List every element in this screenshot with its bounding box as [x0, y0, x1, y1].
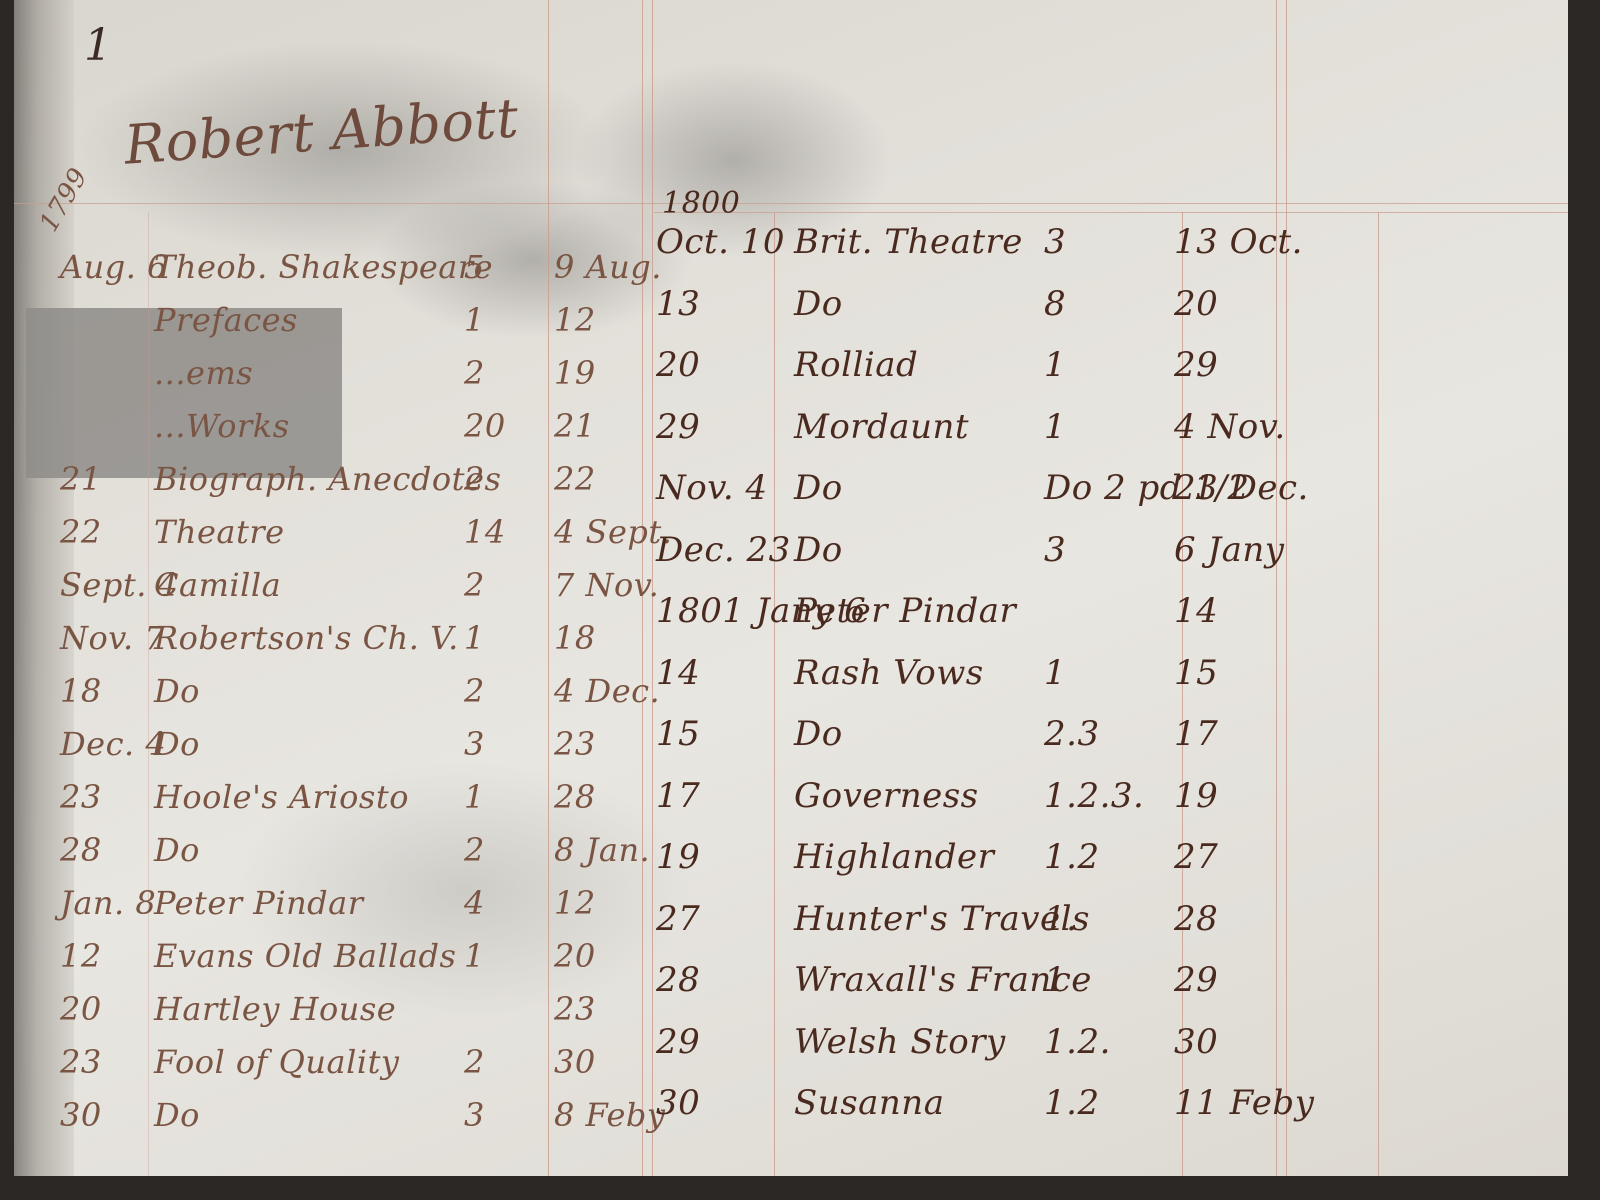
entry-volumes: 2 — [464, 566, 485, 604]
entry-volumes: 1.2 — [1044, 1083, 1100, 1123]
entry-returned-date: 20 — [1174, 284, 1218, 324]
entry-volumes: 1 — [1044, 960, 1066, 1000]
column-rule — [1276, 0, 1277, 1176]
entry-date: Jan. 8 — [60, 884, 156, 922]
entry-title: Robertson's Ch. V. — [154, 619, 459, 657]
column-rule — [774, 212, 775, 1176]
column-rule — [1378, 212, 1379, 1176]
entry-title: Do — [794, 714, 843, 754]
entry-volumes: 20 — [464, 407, 506, 445]
right-year-label: 1800 — [662, 186, 740, 221]
entry-returned-date: 7 Nov. — [554, 566, 659, 604]
entry-date: 18 — [60, 672, 102, 710]
entry-volumes: 3 — [1044, 222, 1066, 262]
entry-volumes: 2 — [464, 354, 485, 392]
entry-title: Rolliad — [794, 345, 918, 385]
entry-returned-date: 29 — [1174, 960, 1218, 1000]
entry-title: Do — [154, 725, 200, 763]
entry-date: 28 — [60, 831, 102, 869]
entry-date: Nov. 7 — [60, 619, 165, 657]
entry-title: Highlander — [794, 837, 994, 877]
entry-date: 17 — [656, 776, 700, 816]
entry-volumes: 2 — [464, 1043, 485, 1081]
entry-volumes: 1. — [1044, 899, 1077, 939]
entry-date: 15 — [656, 714, 700, 754]
ledger-page: 1 Robert Abbott 1799 Aug. 6Theob. Shakes… — [14, 0, 1568, 1176]
entry-returned-date: 4 Dec. — [554, 672, 660, 710]
entry-title: Mordaunt — [794, 407, 969, 447]
entry-returned-date: 28 — [554, 778, 596, 816]
entry-title: Hoole's Ariosto — [154, 778, 409, 816]
entry-volumes: 1.2.3. — [1044, 776, 1144, 816]
entry-volumes: 3 — [464, 725, 485, 763]
entry-returned-date: 23 — [554, 725, 596, 763]
folio-number: 1 — [84, 20, 113, 71]
entry-title: Hartley House — [154, 990, 396, 1028]
entry-returned-date: 4 Sept. — [554, 513, 672, 551]
entry-date: 23 — [60, 1043, 102, 1081]
entry-returned-date: 27 — [1174, 837, 1218, 877]
entry-returned-date: 20 — [554, 937, 596, 975]
entry-returned-date: 23 — [554, 990, 596, 1028]
entry-date: 14 — [656, 653, 700, 693]
entry-date: Aug. 6 — [60, 248, 168, 286]
entry-returned-date: 19 — [554, 354, 596, 392]
entry-date: 21 — [60, 460, 102, 498]
entry-returned-date: 29 — [1174, 345, 1218, 385]
entry-returned-date: 19 — [1174, 776, 1218, 816]
entry-volumes: 2.3 — [1044, 714, 1100, 754]
entry-volumes: 1.2. — [1044, 1022, 1111, 1062]
column-rule — [1286, 0, 1287, 1176]
entry-returned-date: 23 Dec. — [1174, 468, 1309, 508]
entry-title: Evans Old Ballads — [154, 937, 456, 975]
entry-date: 23 — [60, 778, 102, 816]
entry-title: Welsh Story — [794, 1022, 1006, 1062]
entry-date: Oct. 10 — [656, 222, 785, 262]
entry-volumes: 2 — [464, 831, 485, 869]
entry-date: 27 — [656, 899, 700, 939]
entry-returned-date: 8 Jan. — [554, 831, 650, 869]
entry-returned-date: 9 Aug. — [554, 248, 662, 286]
entry-date: 30 — [656, 1083, 700, 1123]
entry-date: 20 — [656, 345, 700, 385]
entry-date: 29 — [656, 407, 700, 447]
entry-returned-date: 17 — [1174, 714, 1218, 754]
entry-title: Susanna — [794, 1083, 944, 1123]
entry-title: Peter Pindar — [154, 884, 364, 922]
entry-date: 22 — [60, 513, 102, 551]
entry-volumes: 3 — [1044, 530, 1066, 570]
entry-returned-date: 4 Nov. — [1174, 407, 1286, 447]
entry-returned-date: 11 Feby — [1174, 1083, 1314, 1123]
entry-returned-date: 12 — [554, 301, 596, 339]
entry-returned-date: 18 — [554, 619, 596, 657]
entry-title: Do — [794, 284, 843, 324]
entry-date: 20 — [60, 990, 102, 1028]
entry-returned-date: 30 — [554, 1043, 596, 1081]
entry-title: ...ems — [154, 354, 253, 392]
entry-title: Fool of Quality — [154, 1043, 400, 1081]
entry-date: 30 — [60, 1096, 102, 1134]
entry-title: Peter Pindar — [794, 591, 1016, 631]
entry-returned-date: 6 Jany — [1174, 530, 1284, 570]
entry-title: Governess — [794, 776, 979, 816]
entry-volumes: 1 — [1044, 345, 1066, 385]
entry-volumes: 5 — [464, 248, 485, 286]
entry-date: 13 — [656, 284, 700, 324]
entry-volumes: 1 — [464, 778, 485, 816]
entry-title: Prefaces — [154, 301, 298, 339]
entry-returned-date: 21 — [554, 407, 596, 445]
entry-title: Do — [154, 831, 200, 869]
entry-returned-date: 15 — [1174, 653, 1218, 693]
header-rule — [654, 212, 1568, 213]
entry-date: 12 — [60, 937, 102, 975]
entry-volumes: 1 — [1044, 407, 1066, 447]
entry-volumes: 1.2 — [1044, 837, 1100, 877]
entry-volumes: 8 — [1044, 284, 1066, 324]
entry-returned-date: 14 — [1174, 591, 1218, 631]
entry-volumes: 3 — [464, 1096, 485, 1134]
entry-volumes: 14 — [464, 513, 506, 551]
entry-title: Do — [154, 672, 200, 710]
entry-date: Dec. 23 — [656, 530, 791, 570]
entry-volumes: 2 — [464, 672, 485, 710]
entry-title: ...Works — [154, 407, 290, 445]
entry-date: Dec. 4 — [60, 725, 166, 763]
entry-title: Theatre — [154, 513, 285, 551]
entry-volumes: 1 — [464, 937, 485, 975]
entry-returned-date: 28 — [1174, 899, 1218, 939]
entry-volumes: 1 — [464, 301, 485, 339]
entry-title: Biograph. Anecdotes — [154, 460, 501, 498]
entry-date: 28 — [656, 960, 700, 1000]
entry-volumes: 4 — [464, 884, 485, 922]
column-rule — [548, 0, 549, 1176]
entry-title: Rash Vows — [794, 653, 984, 693]
entry-volumes: 2 — [464, 460, 485, 498]
header-rule — [14, 203, 1568, 204]
entry-title: Theob. Shakespeare — [154, 248, 493, 286]
entry-returned-date: 8 Feby — [554, 1096, 665, 1134]
entry-title: Camilla — [154, 566, 281, 604]
entry-returned-date: 13 Oct. — [1174, 222, 1303, 262]
entry-volumes: 1 — [1044, 653, 1066, 693]
entry-title: Do — [794, 530, 843, 570]
entry-volumes: 1 — [464, 619, 485, 657]
entry-title: Do — [794, 468, 843, 508]
entry-title: Do — [154, 1096, 200, 1134]
entry-date: 19 — [656, 837, 700, 877]
entry-date: Nov. 4 — [656, 468, 768, 508]
entry-returned-date: 30 — [1174, 1022, 1218, 1062]
entry-date: 29 — [656, 1022, 700, 1062]
entry-title: Brit. Theatre — [794, 222, 1023, 262]
column-rule — [148, 212, 149, 1176]
entry-returned-date: 22 — [554, 460, 596, 498]
entry-returned-date: 12 — [554, 884, 596, 922]
